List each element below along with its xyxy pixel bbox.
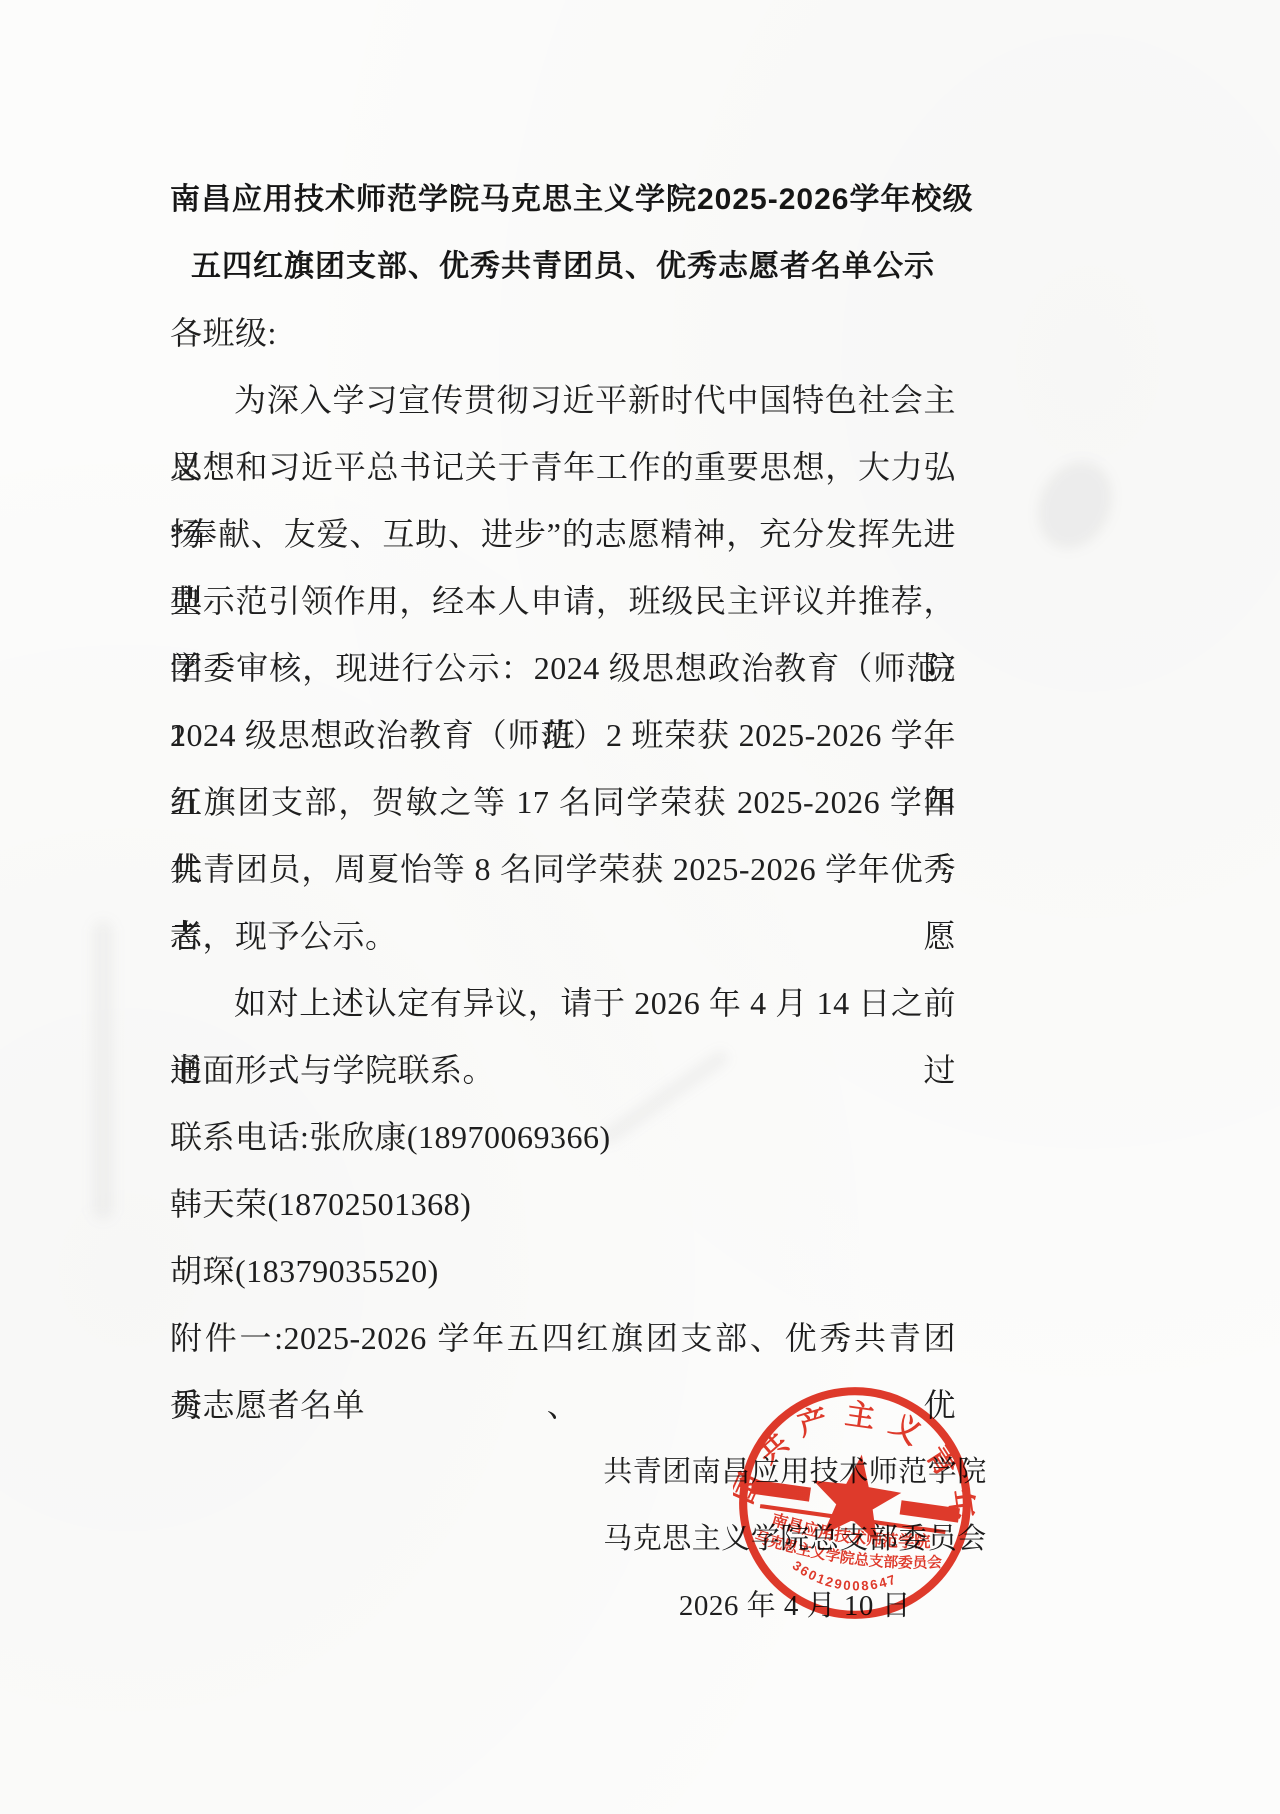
paragraph1-line: 型示范引领作用，经本人申请，班级民主评议并推荐，学院 [170,568,956,635]
paragraph1-line: 团委审核，现进行公示：2024 级思想政治教育（师范）1 班、 [170,635,956,702]
contact-line-phone1: 联系电话:张欣康(18970069366) [170,1104,956,1171]
paragraph1-line: “奉献、友爱、互助、进步”的志愿精神，充分发挥先进典 [170,501,956,568]
paragraph1-line: 2024 级思想政治教育（师范）2 班荣获 2025-2026 学年五四 [170,702,956,769]
paragraph1-line: 红旗团支部，贺敏之等 17 名同学荣获 2025-2026 学年优秀 [170,769,956,836]
paragraph2-line: 如对上述认定有异议，请于 2026 年 4 月 14 日之前通过 [170,970,956,1037]
document-body: 南昌应用技术师范学院马克思主义学院2025-2026学年校级 五四红旗团支部、优… [170,166,956,1439]
contact-line-phone3: 胡琛(18379035520) [170,1238,956,1305]
paragraph1-line: 为深入学习宣传贯彻习近平新时代中国特色社会主义 [170,367,956,434]
document-title-line2: 五四红旗团支部、优秀共青团员、优秀志愿者名单公示 [170,233,956,300]
paragraph1-line: 思想和习近平总书记关于青年工作的重要思想，大力弘扬 [170,434,956,501]
contact-line-phone2: 韩天荣(18702501368) [170,1171,956,1238]
paragraph1-line: 共青团员，周夏怡等 8 名同学荣获 2025-2026 学年优秀志愿 [170,836,956,903]
official-seal: 中国共产主义青年团 南昌应用技术师范学院 马克思主义学院总支部委员会 36012… [733,1381,977,1625]
attachment-line: 附件一:2025-2026 学年五四红旗团支部、优秀共青团员、优 [170,1305,956,1372]
document-title-line1: 南昌应用技术师范学院马克思主义学院2025-2026学年校级 [170,166,956,233]
salutation: 各班级: [170,300,956,367]
